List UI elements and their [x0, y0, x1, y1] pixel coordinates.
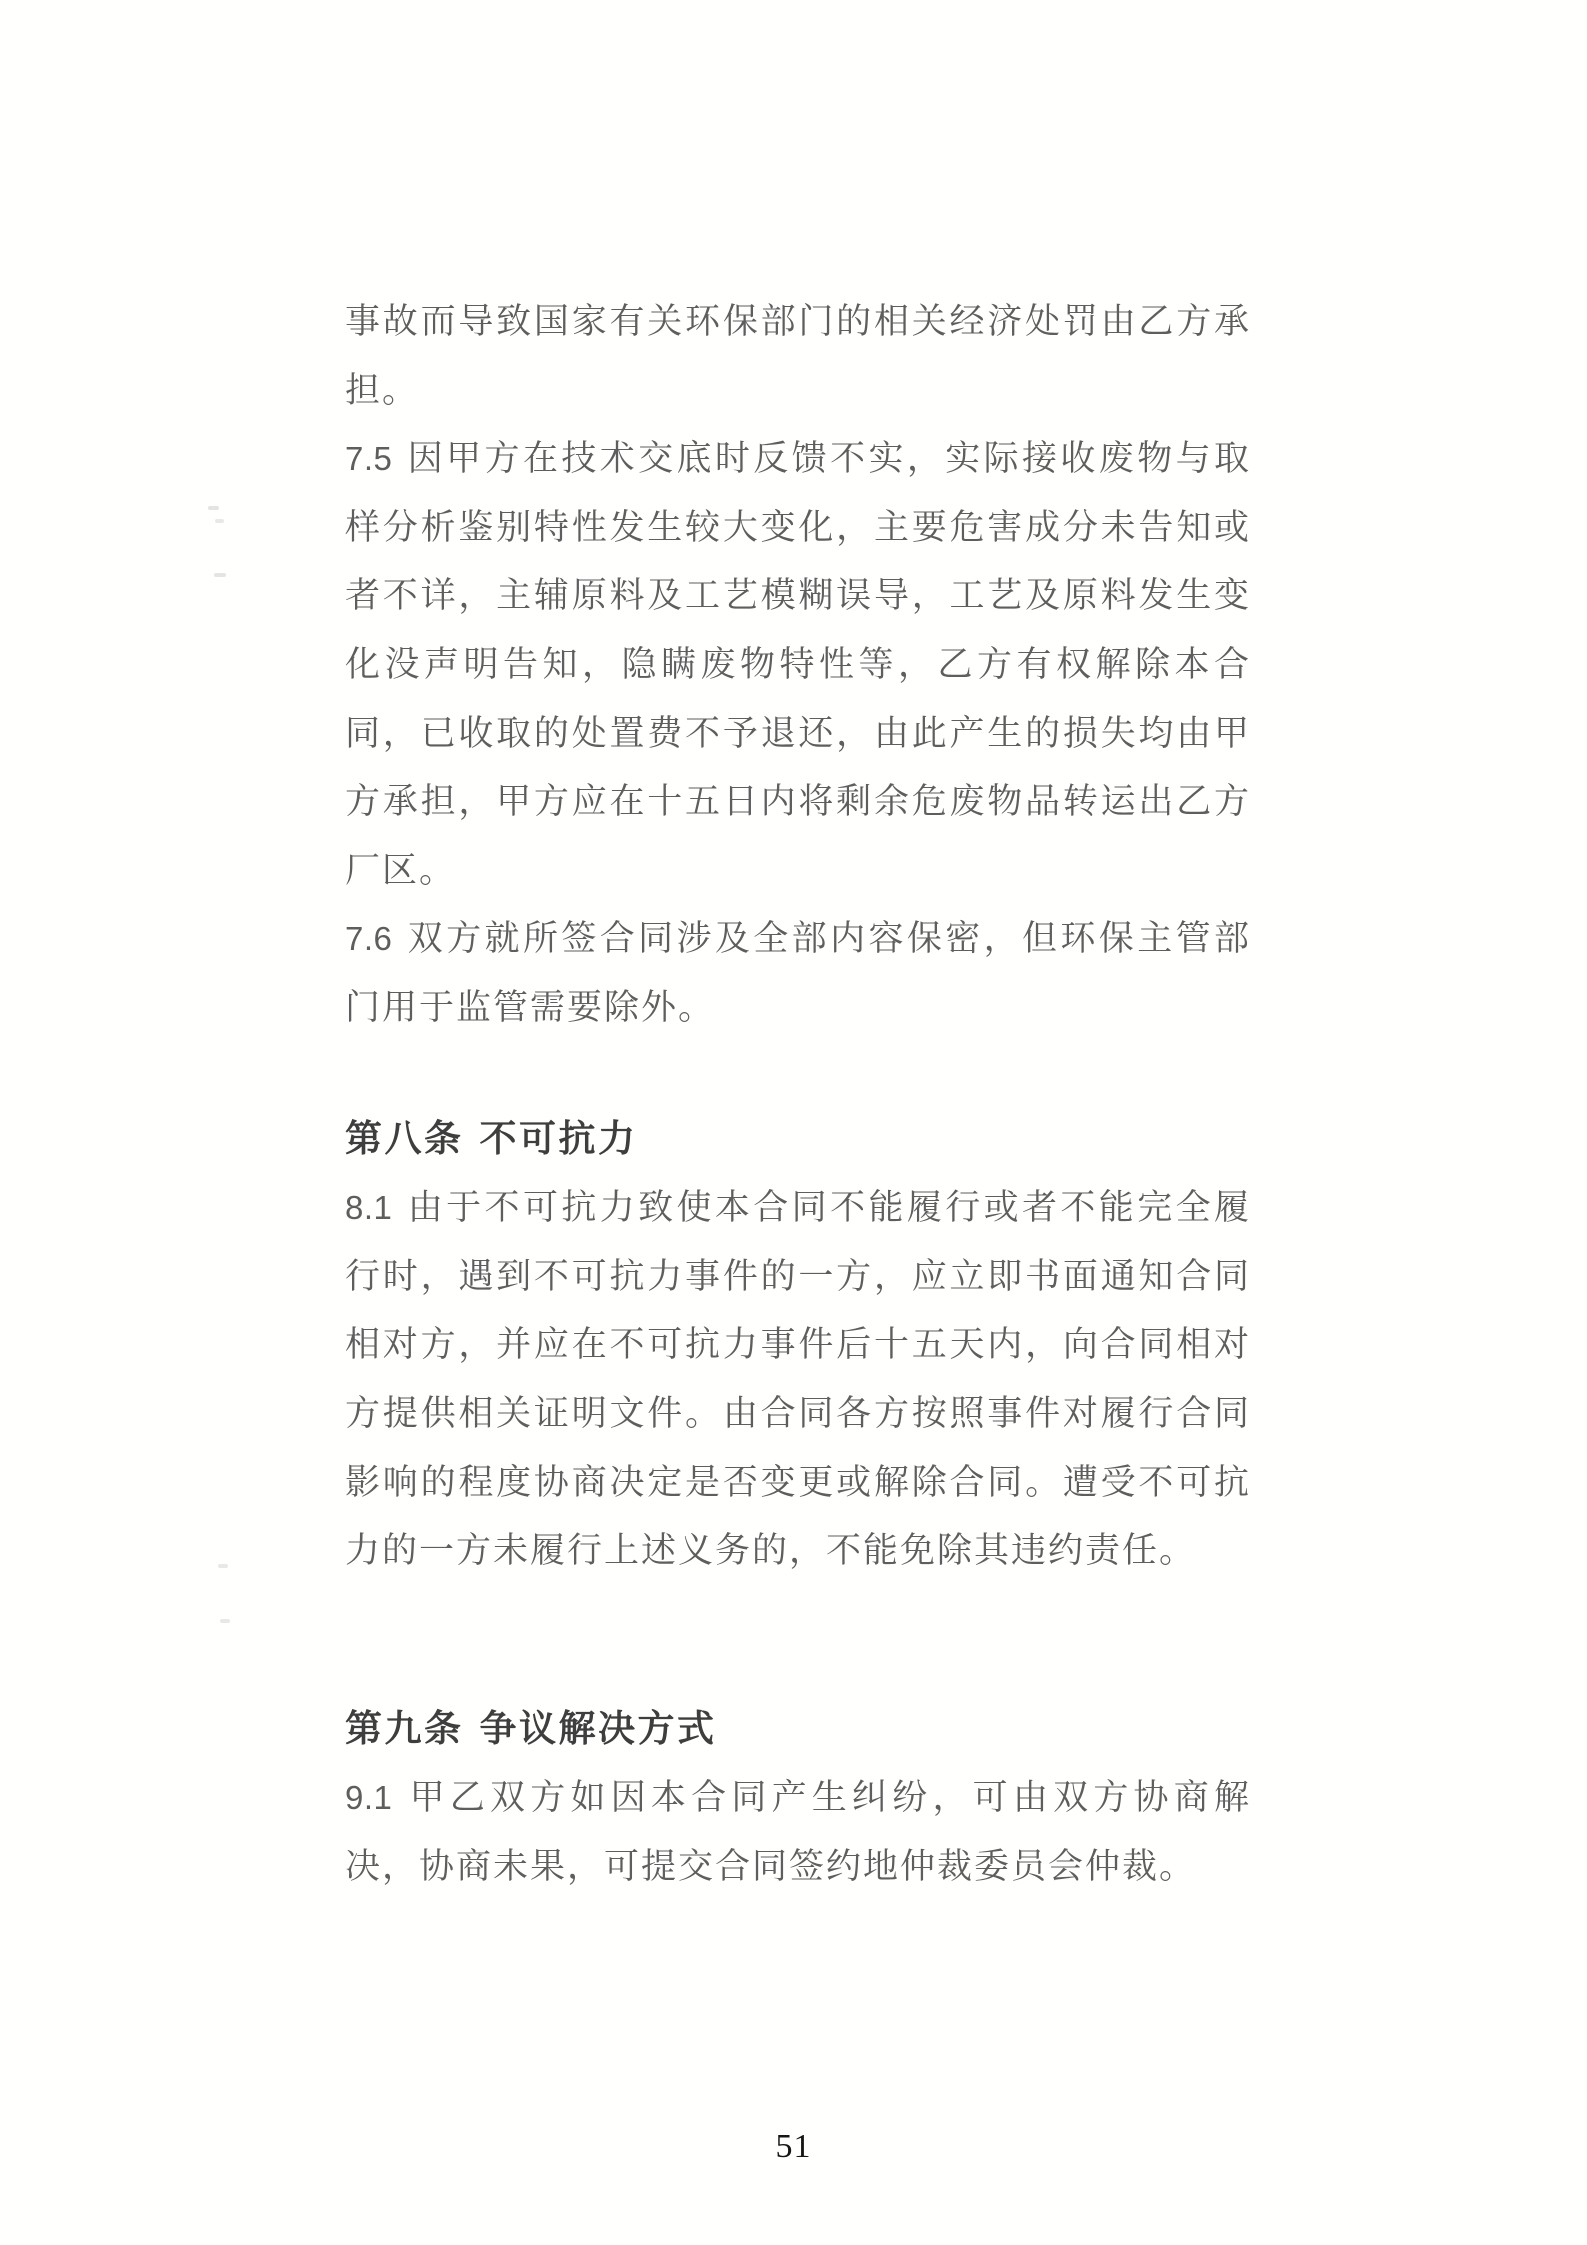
article-8-label: 第八条: [345, 1119, 464, 1160]
scan-speck: [208, 506, 219, 510]
scan-speck: [220, 1619, 230, 1623]
scan-speck: [214, 573, 226, 577]
page-number: 51: [0, 2128, 1587, 2166]
article-9-label: 第九条: [345, 1709, 464, 1750]
clause-9-1: 9.1甲乙双方如因本合同产生纠纷，可由双方协商解决，协商未果，可提交合同签约地仲…: [345, 1764, 1251, 1901]
scan-speck: [218, 1564, 228, 1568]
clause-7-6-text: 双方就所签合同涉及全部内容保密，但环保主管部门用于监管需要除外。: [345, 919, 1251, 1027]
scan-speck: [215, 519, 224, 523]
paragraph-continuation: 事故而导致国家有关环保部门的相关经济处罚由乙方承担。: [345, 288, 1251, 425]
clause-8-1-text: 由于不可抗力致使本合同不能履行或者不能完全履行时，遇到不可抗力事件的一方，应立即…: [345, 1188, 1251, 1570]
clause-7-5-text: 因甲方在技术交底时反馈不实，实际接收废物与取样分析鉴别特性发生较大变化，主要危害…: [345, 439, 1251, 890]
clause-8-1: 8.1由于不可抗力致使本合同不能履行或者不能完全履行时，遇到不可抗力事件的一方，…: [345, 1174, 1251, 1586]
article-9-heading: 第九条争议解决方式: [345, 1696, 1251, 1765]
article-8-title: 不可抗力: [480, 1119, 638, 1160]
article-9-title: 争议解决方式: [480, 1709, 717, 1750]
clause-8-1-number: 8.1: [345, 1189, 392, 1226]
clause-7-6-number: 7.6: [345, 920, 392, 957]
clause-7-5-number: 7.5: [345, 440, 392, 477]
contract-body: 事故而导致国家有关环保部门的相关经济处罚由乙方承担。 7.5因甲方在技术交底时反…: [345, 288, 1251, 1901]
clause-9-1-text: 甲乙双方如因本合同产生纠纷，可由双方协商解决，协商未果，可提交合同签约地仲裁委员…: [345, 1778, 1251, 1886]
clause-9-1-number: 9.1: [345, 1779, 392, 1816]
article-8-heading: 第八条不可抗力: [345, 1106, 1251, 1175]
document-page: 事故而导致国家有关环保部门的相关经济处罚由乙方承担。 7.5因甲方在技术交底时反…: [0, 0, 1587, 2245]
clause-7-6: 7.6双方就所签合同涉及全部内容保密，但环保主管部门用于监管需要除外。: [345, 905, 1251, 1042]
clause-7-5: 7.5因甲方在技术交底时反馈不实，实际接收废物与取样分析鉴别特性发生较大变化，主…: [345, 425, 1251, 905]
